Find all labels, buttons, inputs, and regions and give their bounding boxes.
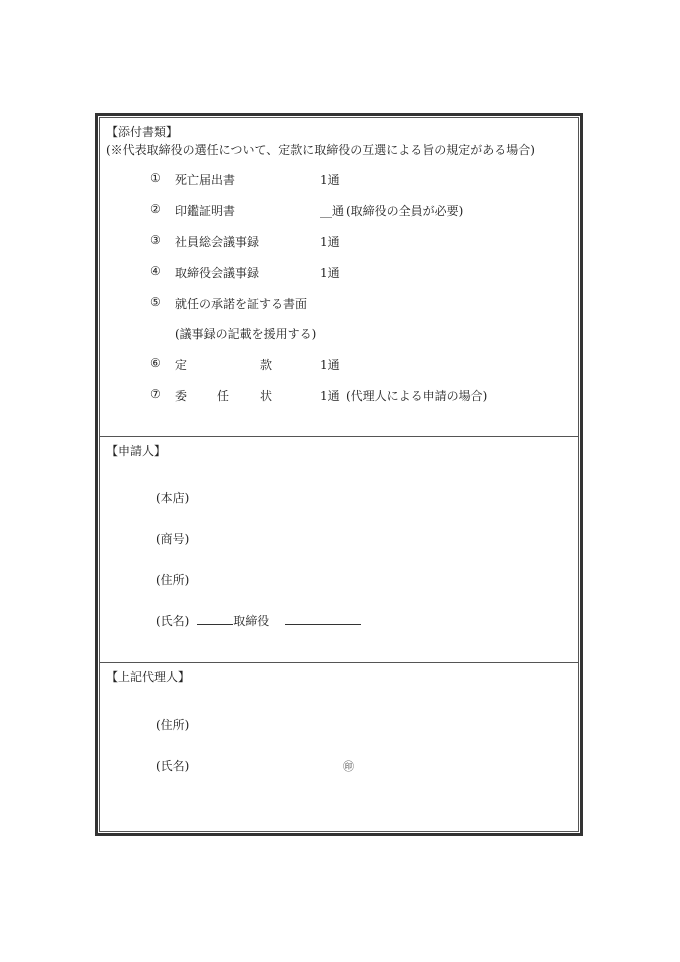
item-name-char: 委 bbox=[175, 387, 187, 404]
applicant-name-row: (氏名) 取締役 bbox=[156, 612, 361, 629]
applicant-address-label: (住所) bbox=[156, 571, 189, 588]
item-number: ② bbox=[150, 202, 161, 216]
form-frame-inner: 【添付書類】 (※代表取締役の選任について、定款に取締役の互選による旨の規定があ… bbox=[99, 117, 579, 832]
item-quantity: 1通 bbox=[320, 264, 340, 281]
item-name-char: 状 bbox=[260, 387, 272, 404]
item-quantity: __通 bbox=[320, 202, 344, 219]
item-name-char: 款 bbox=[260, 356, 272, 373]
item-name-char: 任 bbox=[217, 387, 229, 404]
agent-address-label: (住所) bbox=[156, 716, 189, 733]
document-page: 【添付書類】 (※代表取締役の選任について、定款に取締役の互選による旨の規定があ… bbox=[0, 0, 680, 962]
item-remark: (取締役の全員が必要) bbox=[346, 202, 463, 219]
director-name-blank-line[interactable] bbox=[285, 613, 361, 625]
item-number: ③ bbox=[150, 233, 161, 247]
item-number: ⑦ bbox=[150, 387, 161, 401]
item-name: 印鑑証明書 bbox=[175, 202, 235, 219]
name-blank-line[interactable] bbox=[197, 613, 233, 625]
attachments-section: 【添付書類】 (※代表取締役の選任について、定款に取締役の互選による旨の規定があ… bbox=[100, 118, 578, 435]
applicant-trade-name-label: (商号) bbox=[156, 530, 189, 547]
item-subnote: (議事録の記載を援用する) bbox=[175, 325, 316, 342]
item-number: ⑤ bbox=[150, 295, 161, 309]
applicant-name-label: (氏名) bbox=[156, 614, 189, 628]
item-quantity: 1通 bbox=[320, 171, 340, 188]
item-remark: (代理人による申請の場合) bbox=[346, 387, 487, 404]
item-name: 就任の承諾を証する書面 bbox=[175, 295, 307, 312]
item-number: ⑥ bbox=[150, 356, 161, 370]
agent-heading: 【上記代理人】 bbox=[106, 668, 190, 685]
agent-name-label: (氏名) bbox=[156, 757, 189, 774]
item-number: ① bbox=[150, 171, 161, 185]
form-frame: 【添付書類】 (※代表取締役の選任について、定款に取締役の互選による旨の規定があ… bbox=[95, 113, 583, 836]
applicant-heading: 【申請人】 bbox=[106, 442, 166, 459]
attachments-heading: 【添付書類】 bbox=[106, 123, 178, 140]
applicant-section: 【申請人】 (本店) (商号) (住所) (氏名) 取締役 bbox=[100, 436, 578, 663]
attachments-note: (※代表取締役の選任について、定款に取締役の互選による旨の規定がある場合) bbox=[106, 141, 535, 158]
item-quantity: 1通 bbox=[320, 233, 340, 250]
agent-section: 【上記代理人】 (住所) (氏名) ㊞ bbox=[100, 662, 578, 831]
item-name-char: 定 bbox=[175, 356, 187, 373]
item-name: 死亡届出書 bbox=[175, 171, 235, 188]
item-name: 社員総会議事録 bbox=[175, 233, 259, 250]
applicant-title-label: 取締役 bbox=[233, 614, 269, 628]
item-number: ④ bbox=[150, 264, 161, 278]
seal-mark-icon: ㊞ bbox=[343, 758, 354, 774]
applicant-head-office-label: (本店) bbox=[156, 489, 189, 506]
item-quantity: 1通 bbox=[320, 387, 340, 404]
item-name: 取締役会議事録 bbox=[175, 264, 259, 281]
item-quantity: 1通 bbox=[320, 356, 340, 373]
